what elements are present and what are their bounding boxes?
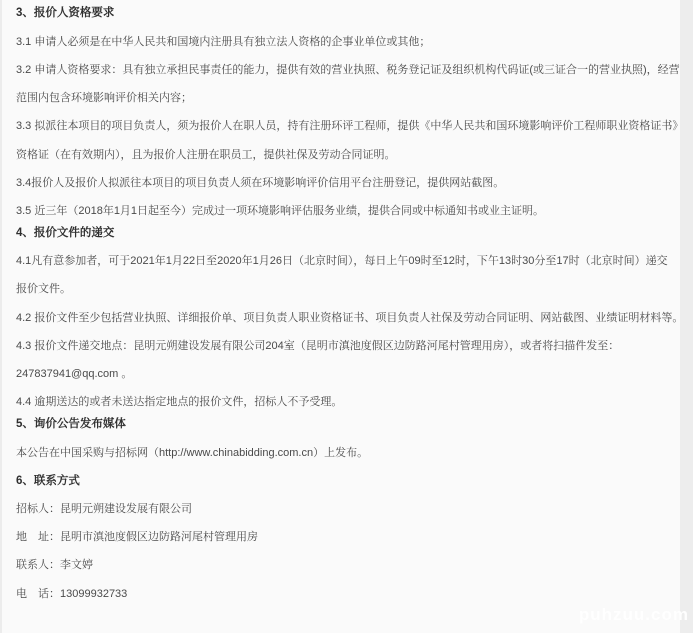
clause-3-2-line-1: 3.2 申请人资格要求：具有独立承担民事责任的能力，提供有效的营业执照、税务登记… [16, 56, 682, 84]
announcement-page: 3、报价人资格要求 3.1 申请人必须是在中华人民共和国境内注册具有独立法人资格… [0, 0, 693, 633]
clause-4-1-line-1: 4.1凡有意参加者，可于2021年1月22日至2020年1月26日（北京时间），… [16, 248, 682, 276]
contact-tenderer-line: 招标人：昆明元朔建设发展有限公司 [16, 495, 682, 523]
section-heading-4: 4、报价文件的递交 [16, 220, 682, 248]
clause-4-1-line-2: 报价文件。 [16, 276, 682, 304]
clause-3-2-line-2: 范围内包含环境影响评价相关内容； [16, 85, 682, 113]
contact-person-line: 联系人：李文婷 [16, 552, 682, 580]
watermark: puhzuu.com [579, 605, 689, 625]
publication-media-line: 本公告在中国采购与招标网（http://www.chinabidding.com… [16, 439, 682, 467]
section-heading-6: 6、联系方式 [16, 467, 682, 495]
clause-4-2: 4.2 报价文件至少包括营业执照、详细报价单、项目负责人职业资格证书、项目负责人… [16, 304, 682, 332]
scrollbar-track[interactable] [680, 0, 693, 633]
clause-3-1: 3.1 申请人必须是在中华人民共和国境内注册具有独立法人资格的企事业单位或其他； [16, 28, 682, 56]
clause-4-3-email-line: 247837941@qq.com 。 [16, 360, 682, 388]
section-heading-5: 5、询价公告发布媒体 [16, 411, 682, 439]
clause-4-3-line-1: 4.3 报价文件递交地点：昆明元朔建设发展有限公司204室（昆明市滇池度假区边防… [16, 332, 682, 360]
contact-address-line: 地 址：昆明市滇池度假区边防路河尾村管理用房 [16, 524, 682, 552]
section-heading-3: 3、报价人资格要求 [16, 0, 682, 28]
announcement-body: 3、报价人资格要求 3.1 申请人必须是在中华人民共和国境内注册具有独立法人资格… [2, 0, 682, 608]
clause-3-3-line-1: 3.3 拟派往本项目的项目负责人，须为报价人在职人员，持有注册环评工程师，提供《… [16, 113, 682, 141]
clause-3-3-line-2: 资格证（在有效期内），且为报价人注册在职员工，提供社保及劳动合同证明。 [16, 141, 682, 169]
clause-3-4: 3.4报价人及报价人拟派往本项目的项目负责人须在环境影响评价信用平台注册登记，提… [16, 169, 682, 197]
contact-phone-line: 电 话：13099932733 [16, 580, 682, 608]
